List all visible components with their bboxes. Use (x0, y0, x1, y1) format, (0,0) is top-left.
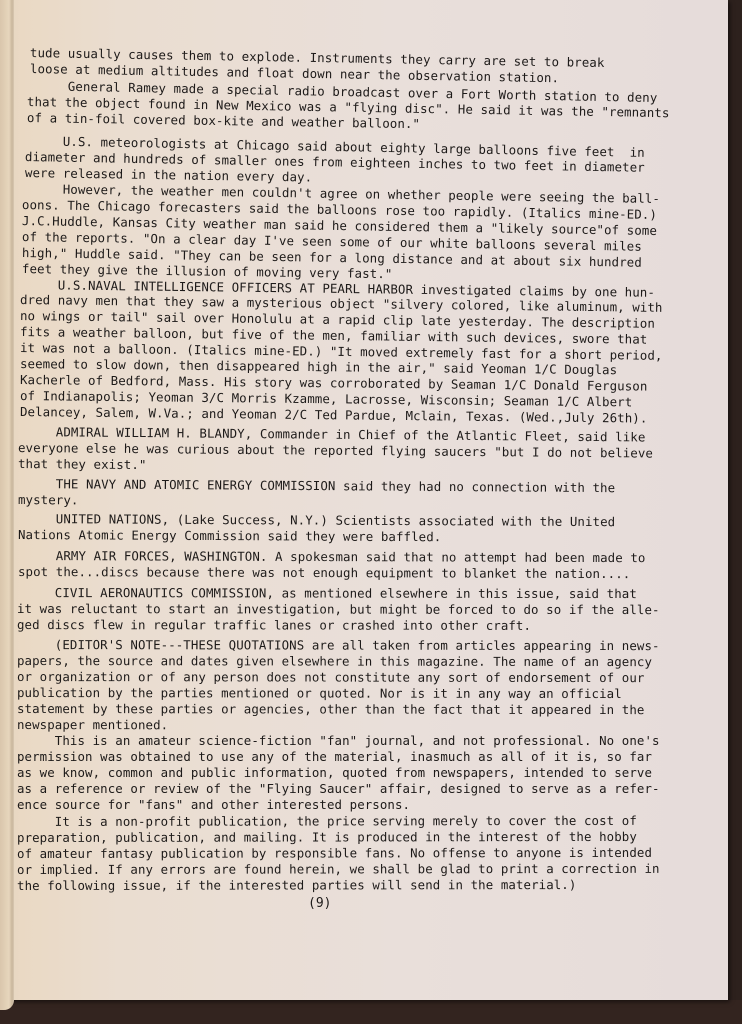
page-gutter (0, 0, 14, 1010)
text-line: ARMY AIR FORCES, WASHINGTON. A spokesman… (18, 548, 646, 565)
text-line: permission was obtained to use any of th… (17, 749, 652, 764)
document-page: tude usually causes them to explode. Ins… (0, 0, 728, 1000)
text-line: mystery. (18, 492, 79, 507)
text-line: it was reluctant to start an investigati… (17, 601, 660, 617)
text-line: as we know, common and public informatio… (17, 765, 652, 780)
text-line: (EDITOR'S NOTE---THESE QUOTATIONS are al… (17, 637, 660, 653)
text-line: or organization or of any person does no… (17, 669, 644, 685)
page-number: (9) (308, 896, 331, 911)
text-line: UNITED NATIONS, (Lake Success, N.Y.) Sci… (18, 511, 615, 529)
scan-background-bottom (0, 1000, 742, 1024)
text-line: or implied. If any errors are found here… (17, 861, 660, 877)
text-line: It is a non-profit publication, the pric… (17, 813, 637, 829)
text-line: that they exist." (18, 456, 147, 472)
text-line: This is an amateur science-fiction "fan"… (17, 733, 660, 748)
text-line: preparation, publication, and mailing. I… (17, 829, 637, 845)
text-line: ence source for "fans" and other interes… (17, 797, 410, 812)
text-line: newspaper mentioned. (17, 717, 168, 732)
text-line: Nations Atomic Energy Commission said th… (18, 527, 441, 544)
text-line: CIVIL AERONAUTICS COMMISSION, as mention… (17, 585, 637, 601)
text-line: THE NAVY AND ATOMIC ENERGY COMMISSION sa… (18, 476, 615, 495)
text-line: as a reference or review of the "Flying … (17, 781, 660, 796)
text-line: publication by the parties mentioned or … (17, 685, 622, 701)
text-line: the following issue, if the interested p… (17, 877, 576, 893)
text-line: of amateur fantasy publication by respon… (17, 845, 652, 861)
text-line: statement by these parties or agencies, … (17, 701, 644, 717)
text-line: papers, the source and dates given elsew… (17, 653, 652, 669)
text-line: spot the...discs because there was not e… (18, 564, 630, 581)
scan-background-right (726, 0, 742, 1024)
text-line: ged discs flew in regular traffic lanes … (17, 617, 531, 633)
